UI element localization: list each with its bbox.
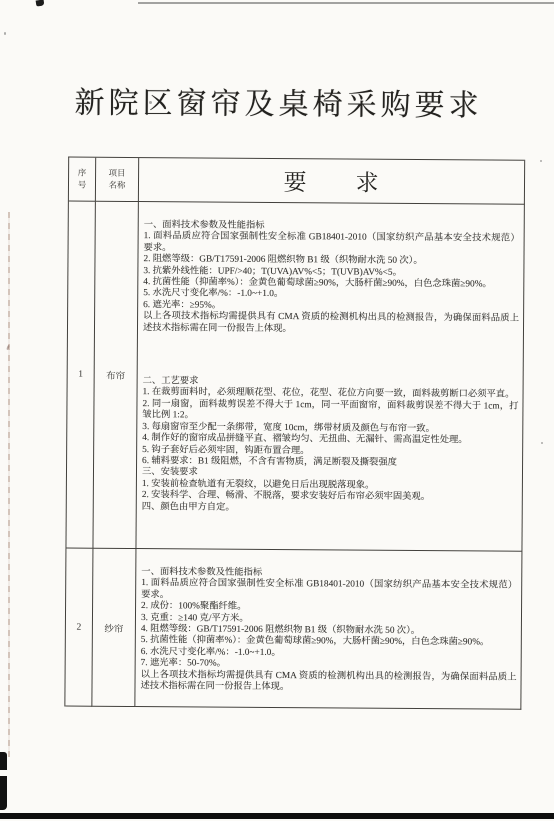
row1-item-name: 布帘 [93,202,138,549]
row1-requirements: 一、面料技术参数及性能指标1. 面料品质应符合国家强制性安全标准 GB18401… [136,202,524,552]
row2-requirements: 一、面料技术参数及性能指标1. 面料品质应符合国家强制性安全标准 GB18401… [135,549,522,710]
requirement-line: 2. 同一扇窗，面料裁剪误差不得大于 1cm，同一平面窗帘，面料裁剪误差不得大于… [142,399,518,424]
header-requirement: 要 求 [139,158,525,205]
row1-fabric-spec-section: 一、面料技术参数及性能指标1. 面料品质应符合国家强制性安全标准 GB18401… [143,220,520,337]
requirement-line: 四、颜色由甲方自定。 [142,502,518,516]
row2-serial-number: 2 [65,549,93,707]
row1-craft-install-section: 二、工艺要求1. 在裁剪面料时，必须理顺花型、花位，花型、花位方向要一致，面料裁… [142,376,519,515]
row2-fabric-spec-section: 一、面料技术参数及性能指标1. 面料品质应符合国家强制性安全标准 GB18401… [140,567,517,695]
document: 新院区窗帘及桌椅采购要求 序 号 项目 名称 要 求 1 布帘 一、面料技术参数… [0,0,554,821]
header-serial-number: 序 号 [69,158,96,202]
requirement-line: 1. 面料品质应符合国家强制性安全标准 GB18401-2010（国家纺织产品基… [144,231,520,256]
row2-item-name: 纱帘 [92,549,136,707]
requirements-table: 序 号 项目 名称 要 求 1 布帘 一、面料技术参数及性能指标1. 面料品质应… [64,157,525,710]
requirement-line: 以上各项技术指标均需提供具有 CMA 资质的检测机构出具的检测报告，为确保面料品… [143,311,519,336]
requirement-line: 1. 面料品质应符合国家强制性安全标准 GB18401-2010（国家纺织产品基… [141,578,517,603]
scanned-page: 新院区窗帘及桌椅采购要求 序 号 项目 名称 要 求 1 布帘 一、面料技术参数… [0,0,554,821]
document-title: 新院区窗帘及桌椅采购要求 [1,77,554,125]
row1-serial-number: 1 [66,202,95,549]
requirement-line: 以上各项技术指标均需提供具有 CMA 资质的检测机构出具的检测报告，为确保面料品… [140,670,516,695]
header-item-name: 项目 名称 [96,158,139,202]
